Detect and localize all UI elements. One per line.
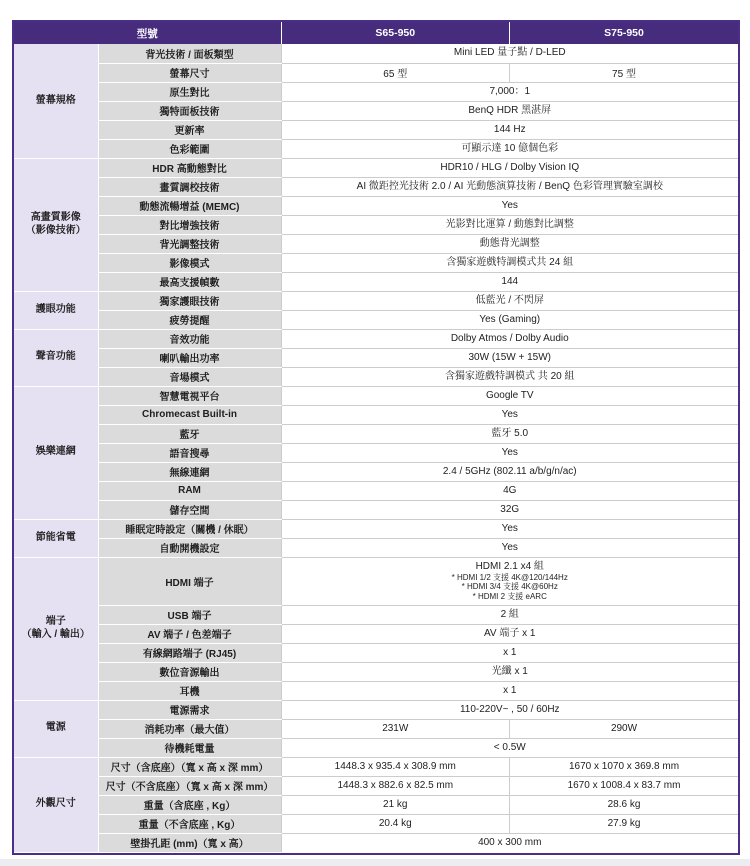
- model-header-label: 型號: [14, 22, 281, 44]
- spec-label-cell: RAM: [98, 481, 281, 500]
- group-cell: 高畫質影像 （影像技術）: [14, 158, 98, 291]
- spec-label-cell: 無線連網: [98, 462, 281, 481]
- spec-value-text: 可顯示達 10 億個色彩: [285, 143, 736, 155]
- spec-label-cell: 重量（不含底座 , Kg）: [98, 814, 281, 833]
- spec-value-cell: 藍牙 5.0: [281, 424, 738, 443]
- spec-value-cell: 1670 x 1070 x 369.8 mm: [510, 757, 739, 776]
- spec-row: 藍牙藍牙 5.0: [14, 424, 738, 443]
- spec-value-cell: 21 kg: [281, 795, 510, 814]
- spec-label-cell: 獨特面板技術: [98, 101, 281, 120]
- spec-row: 自動開機設定Yes: [14, 538, 738, 557]
- spec-value-cell: 光纖 x 1: [281, 662, 738, 681]
- spec-value-cell: 28.6 kg: [510, 795, 739, 814]
- spec-value-cell: 144 Hz: [281, 120, 738, 139]
- spec-value-text: Google TV: [285, 390, 736, 402]
- spec-value-cell: Google TV: [281, 386, 738, 405]
- spec-value-cell: 27.9 kg: [510, 814, 739, 833]
- spec-value-cell: 低藍光 / 不閃屏: [281, 291, 738, 310]
- spec-row: 螢幕尺寸65 型75 型: [14, 63, 738, 82]
- spec-label-cell: 畫質調校技術: [98, 177, 281, 196]
- spec-label-cell: 儲存空間: [98, 500, 281, 519]
- spec-row: Chromecast Built-inYes: [14, 405, 738, 424]
- spec-label-cell: 音場模式: [98, 367, 281, 386]
- spec-value-cell: 4G: [281, 481, 738, 500]
- spec-table-wrap: 型號S65-950S75-950 螢幕規格背光技術 / 面板類型Mini LED…: [12, 20, 740, 855]
- spec-label-cell: 原生對比: [98, 82, 281, 101]
- spec-label-cell: 獨家護眼技術: [98, 291, 281, 310]
- spec-value-text: Yes: [285, 409, 736, 421]
- spec-label-cell: 最高支援幀數: [98, 272, 281, 291]
- spec-row: 語音搜尋Yes: [14, 443, 738, 462]
- group-cell: 娛樂連網: [14, 386, 98, 519]
- spec-row: 端子 （輸入 / 輸出）HDMI 端子HDMI 2.1 x4 組* HDMI 1…: [14, 557, 738, 605]
- group-cell: 聲音功能: [14, 329, 98, 386]
- spec-value-cell: HDR10 / HLG / Dolby Vision IQ: [281, 158, 738, 177]
- spec-label-cell: 色彩範圍: [98, 139, 281, 158]
- spec-label-cell: 數位音源輸出: [98, 662, 281, 681]
- spec-value-cell: 光影對比運算 / 動態對比調整: [281, 215, 738, 234]
- group-cell: 端子 （輸入 / 輸出）: [14, 557, 98, 700]
- spec-label-cell: 藍牙: [98, 424, 281, 443]
- spec-value-text: 2.4 / 5GHz (802.11 a/b/g/n/ac): [285, 466, 736, 478]
- spec-value-text: AV 端子 x 1: [285, 628, 736, 640]
- spec-value-cell: Yes (Gaming): [281, 310, 738, 329]
- page: { "colors": { "header_bg": "#472b7d", "t…: [0, 0, 750, 866]
- spec-value-cell: 1448.3 x 882.6 x 82.5 mm: [281, 776, 510, 795]
- spec-row: 待機耗電量< 0.5W: [14, 738, 738, 757]
- spec-value-text: BenQ HDR 黑湛屏: [285, 105, 736, 117]
- spec-value-text: x 1: [285, 647, 736, 659]
- spec-value-cell: 7,000：1: [281, 82, 738, 101]
- spec-row: 畫質調校技術AI 微距控光技術 2.0 / AI 光動態演算技術 / BenQ …: [14, 177, 738, 196]
- model-header-s75: S75-950: [510, 22, 739, 44]
- spec-value-text: AI 微距控光技術 2.0 / AI 光動態演算技術 / BenQ 色彩管理實驗…: [285, 181, 736, 193]
- spec-row: 疲勞提醒Yes (Gaming): [14, 310, 738, 329]
- spec-value-cell: 30W (15W + 15W): [281, 348, 738, 367]
- spec-value-text: 144: [285, 276, 736, 288]
- spec-label-cell: 待機耗電量: [98, 738, 281, 757]
- spec-value-cell: 32G: [281, 500, 738, 519]
- spec-row: 儲存空間32G: [14, 500, 738, 519]
- spec-label-cell: 音效功能: [98, 329, 281, 348]
- spec-value-cell: Yes: [281, 196, 738, 215]
- spec-value-cell: 含獨家遊戲特調模式 共 20 組: [281, 367, 738, 386]
- spec-value-text: 光纖 x 1: [285, 666, 736, 678]
- spec-label-cell: 背光技術 / 面板類型: [98, 44, 281, 63]
- spec-row: 壁掛孔距 (mm)（寬 x 高）400 x 300 mm: [14, 833, 738, 852]
- spec-value-text: Dolby Atmos / Dolby Audio: [285, 333, 736, 345]
- spec-row: 數位音源輸出光纖 x 1: [14, 662, 738, 681]
- spec-value-text: HDMI 2.1 x4 組: [285, 561, 736, 573]
- spec-row: 有線網路端子 (RJ45)x 1: [14, 643, 738, 662]
- spec-value-text: 110-220V~ , 50 / 60Hz: [285, 704, 736, 716]
- spec-label-cell: 電源需求: [98, 700, 281, 719]
- spec-label-cell: 尺寸（含底座）（寬 x 高 x 深 mm）: [98, 757, 281, 776]
- spec-label-cell: AV 端子 / 色差端子: [98, 624, 281, 643]
- spec-value-text: 藍牙 5.0: [285, 428, 736, 440]
- spec-value-cell: 65 型: [281, 63, 510, 82]
- spec-label-cell: HDR 高動態對比: [98, 158, 281, 177]
- spec-value-cell: 2.4 / 5GHz (802.11 a/b/g/n/ac): [281, 462, 738, 481]
- spec-value-text: HDR10 / HLG / Dolby Vision IQ: [285, 162, 736, 174]
- spec-row: RAM4G: [14, 481, 738, 500]
- spec-value-cell: x 1: [281, 681, 738, 700]
- spec-row: 重量（不含底座 , Kg）20.4 kg27.9 kg: [14, 814, 738, 833]
- spec-value-cell: 110-220V~ , 50 / 60Hz: [281, 700, 738, 719]
- group-cell: 外觀尺寸: [14, 757, 98, 852]
- group-cell: 節能省電: [14, 519, 98, 557]
- spec-row: AV 端子 / 色差端子AV 端子 x 1: [14, 624, 738, 643]
- spec-value-note: * HDMI 3/4 支援 4K@60Hz: [285, 582, 736, 591]
- spec-label-cell: 背光調整技術: [98, 234, 281, 253]
- spec-label-cell: 喇叭輸出功率: [98, 348, 281, 367]
- spec-row: 對比增強技術光影對比運算 / 動態對比調整: [14, 215, 738, 234]
- spec-value-cell: AI 微距控光技術 2.0 / AI 光動態演算技術 / BenQ 色彩管理實驗…: [281, 177, 738, 196]
- spec-label-cell: 尺寸（不含底座）（寬 x 高 x 深 mm）: [98, 776, 281, 795]
- spec-value-text: 7,000：1: [285, 86, 736, 98]
- spec-row: 影像模式含獨家遊戲特調模式共 24 組: [14, 253, 738, 272]
- spec-value-text: 400 x 300 mm: [285, 837, 736, 849]
- spec-value-cell: 1448.3 x 935.4 x 308.9 mm: [281, 757, 510, 776]
- spec-value-cell: 動態背光調整: [281, 234, 738, 253]
- spec-value-text: < 0.5W: [285, 742, 736, 754]
- spec-value-text: Yes (Gaming): [285, 314, 736, 326]
- spec-label-cell: 螢幕尺寸: [98, 63, 281, 82]
- spec-label-cell: 壁掛孔距 (mm)（寬 x 高）: [98, 833, 281, 852]
- spec-value-text: Mini LED 量子點 / D-LED: [285, 47, 736, 59]
- spec-value-text: 32G: [285, 504, 736, 516]
- spec-value-text: Yes: [285, 200, 736, 212]
- spec-label-cell: 自動開機設定: [98, 538, 281, 557]
- spec-table: 型號S65-950S75-950 螢幕規格背光技術 / 面板類型Mini LED…: [14, 22, 738, 853]
- spec-row: 消耗功率（最大值）231W290W: [14, 719, 738, 738]
- spec-value-cell: 231W: [281, 719, 510, 738]
- spec-value-cell: x 1: [281, 643, 738, 662]
- model-header-s65: S65-950: [281, 22, 510, 44]
- spec-label-cell: 睡眠定時設定（關機 / 休眠）: [98, 519, 281, 538]
- spec-value-text: 含獨家遊戲特調模式 共 20 組: [285, 371, 736, 383]
- spec-value-cell: 含獨家遊戲特調模式共 24 組: [281, 253, 738, 272]
- spec-value-note: * HDMI 1/2 支援 4K@120/144Hz: [285, 573, 736, 582]
- spec-label-cell: USB 端子: [98, 605, 281, 624]
- spec-label-cell: 智慧電視平台: [98, 386, 281, 405]
- spec-table-head: 型號S65-950S75-950: [14, 22, 738, 44]
- spec-table-body: 螢幕規格背光技術 / 面板類型Mini LED 量子點 / D-LED螢幕尺寸6…: [14, 44, 738, 852]
- spec-value-text: 光影對比運算 / 動態對比調整: [285, 219, 736, 231]
- spec-row: 尺寸（不含底座）（寬 x 高 x 深 mm）1448.3 x 882.6 x 8…: [14, 776, 738, 795]
- spec-value-text: Yes: [285, 542, 736, 554]
- spec-value-cell: Yes: [281, 538, 738, 557]
- spec-value-text: 動態背光調整: [285, 238, 736, 250]
- spec-row: 耳機x 1: [14, 681, 738, 700]
- spec-row: 獨特面板技術BenQ HDR 黑湛屏: [14, 101, 738, 120]
- group-cell: 螢幕規格: [14, 44, 98, 158]
- spec-value-text: 2 組: [285, 609, 736, 621]
- spec-value-cell: 144: [281, 272, 738, 291]
- spec-value-text: 低藍光 / 不閃屏: [285, 295, 736, 307]
- spec-value-cell: 75 型: [510, 63, 739, 82]
- spec-row: 原生對比7,000：1: [14, 82, 738, 101]
- spec-value-cell: BenQ HDR 黑湛屏: [281, 101, 738, 120]
- spec-row: 色彩範圍可顯示達 10 億個色彩: [14, 139, 738, 158]
- spec-value-cell: 1670 x 1008.4 x 83.7 mm: [510, 776, 739, 795]
- spec-value-cell: 可顯示達 10 億個色彩: [281, 139, 738, 158]
- spec-row: 螢幕規格背光技術 / 面板類型Mini LED 量子點 / D-LED: [14, 44, 738, 63]
- group-cell: 護眼功能: [14, 291, 98, 329]
- spec-label-cell: 對比增強技術: [98, 215, 281, 234]
- spec-row: 重量（含底座 , Kg）21 kg28.6 kg: [14, 795, 738, 814]
- spec-label-cell: 更新率: [98, 120, 281, 139]
- spec-value-text: Yes: [285, 523, 736, 535]
- spec-value-text: 144 Hz: [285, 124, 736, 136]
- spec-row: 無線連網2.4 / 5GHz (802.11 a/b/g/n/ac): [14, 462, 738, 481]
- spec-value-text: 含獨家遊戲特調模式共 24 組: [285, 257, 736, 269]
- spec-row: 電源電源需求110-220V~ , 50 / 60Hz: [14, 700, 738, 719]
- spec-value-cell: 2 組: [281, 605, 738, 624]
- spec-label-cell: 語音搜尋: [98, 443, 281, 462]
- spec-value-note: * HDMI 2 支援 eARC: [285, 592, 736, 601]
- spec-row: 喇叭輸出功率30W (15W + 15W): [14, 348, 738, 367]
- spec-label-cell: 動態流暢增益 (MEMC): [98, 196, 281, 215]
- spec-value-text: 30W (15W + 15W): [285, 352, 736, 364]
- spec-value-cell: AV 端子 x 1: [281, 624, 738, 643]
- spec-label-cell: 有線網路端子 (RJ45): [98, 643, 281, 662]
- spec-value-cell: 290W: [510, 719, 739, 738]
- spec-row: 動態流暢增益 (MEMC)Yes: [14, 196, 738, 215]
- spec-label-cell: 重量（含底座 , Kg）: [98, 795, 281, 814]
- spec-label-cell: 影像模式: [98, 253, 281, 272]
- spec-row: 護眼功能獨家護眼技術低藍光 / 不閃屏: [14, 291, 738, 310]
- spec-row: 背光調整技術動態背光調整: [14, 234, 738, 253]
- page-bottom-strip: [0, 859, 750, 866]
- spec-value-cell: Yes: [281, 443, 738, 462]
- spec-value-text: Yes: [285, 447, 736, 459]
- spec-label-cell: 消耗功率（最大值）: [98, 719, 281, 738]
- spec-label-cell: Chromecast Built-in: [98, 405, 281, 424]
- spec-row: 節能省電睡眠定時設定（關機 / 休眠）Yes: [14, 519, 738, 538]
- spec-row: 娛樂連網智慧電視平台Google TV: [14, 386, 738, 405]
- spec-label-cell: 疲勞提醒: [98, 310, 281, 329]
- spec-value-cell: HDMI 2.1 x4 組* HDMI 1/2 支援 4K@120/144Hz*…: [281, 557, 738, 605]
- spec-row: 高畫質影像 （影像技術）HDR 高動態對比HDR10 / HLG / Dolby…: [14, 158, 738, 177]
- spec-value-cell: Yes: [281, 519, 738, 538]
- spec-value-cell: Dolby Atmos / Dolby Audio: [281, 329, 738, 348]
- group-cell: 電源: [14, 700, 98, 757]
- spec-row: 外觀尺寸尺寸（含底座）（寬 x 高 x 深 mm）1448.3 x 935.4 …: [14, 757, 738, 776]
- spec-row: 音場模式含獨家遊戲特調模式 共 20 組: [14, 367, 738, 386]
- spec-label-cell: 耳機: [98, 681, 281, 700]
- spec-value-text: 4G: [285, 485, 736, 497]
- spec-value-cell: 400 x 300 mm: [281, 833, 738, 852]
- spec-row: 更新率144 Hz: [14, 120, 738, 139]
- spec-row: 最高支援幀數144: [14, 272, 738, 291]
- spec-row: USB 端子2 組: [14, 605, 738, 624]
- spec-value-text: x 1: [285, 685, 736, 697]
- spec-value-cell: Yes: [281, 405, 738, 424]
- spec-row: 聲音功能音效功能Dolby Atmos / Dolby Audio: [14, 329, 738, 348]
- spec-value-cell: < 0.5W: [281, 738, 738, 757]
- spec-value-cell: Mini LED 量子點 / D-LED: [281, 44, 738, 63]
- spec-value-cell: 20.4 kg: [281, 814, 510, 833]
- spec-label-cell: HDMI 端子: [98, 557, 281, 605]
